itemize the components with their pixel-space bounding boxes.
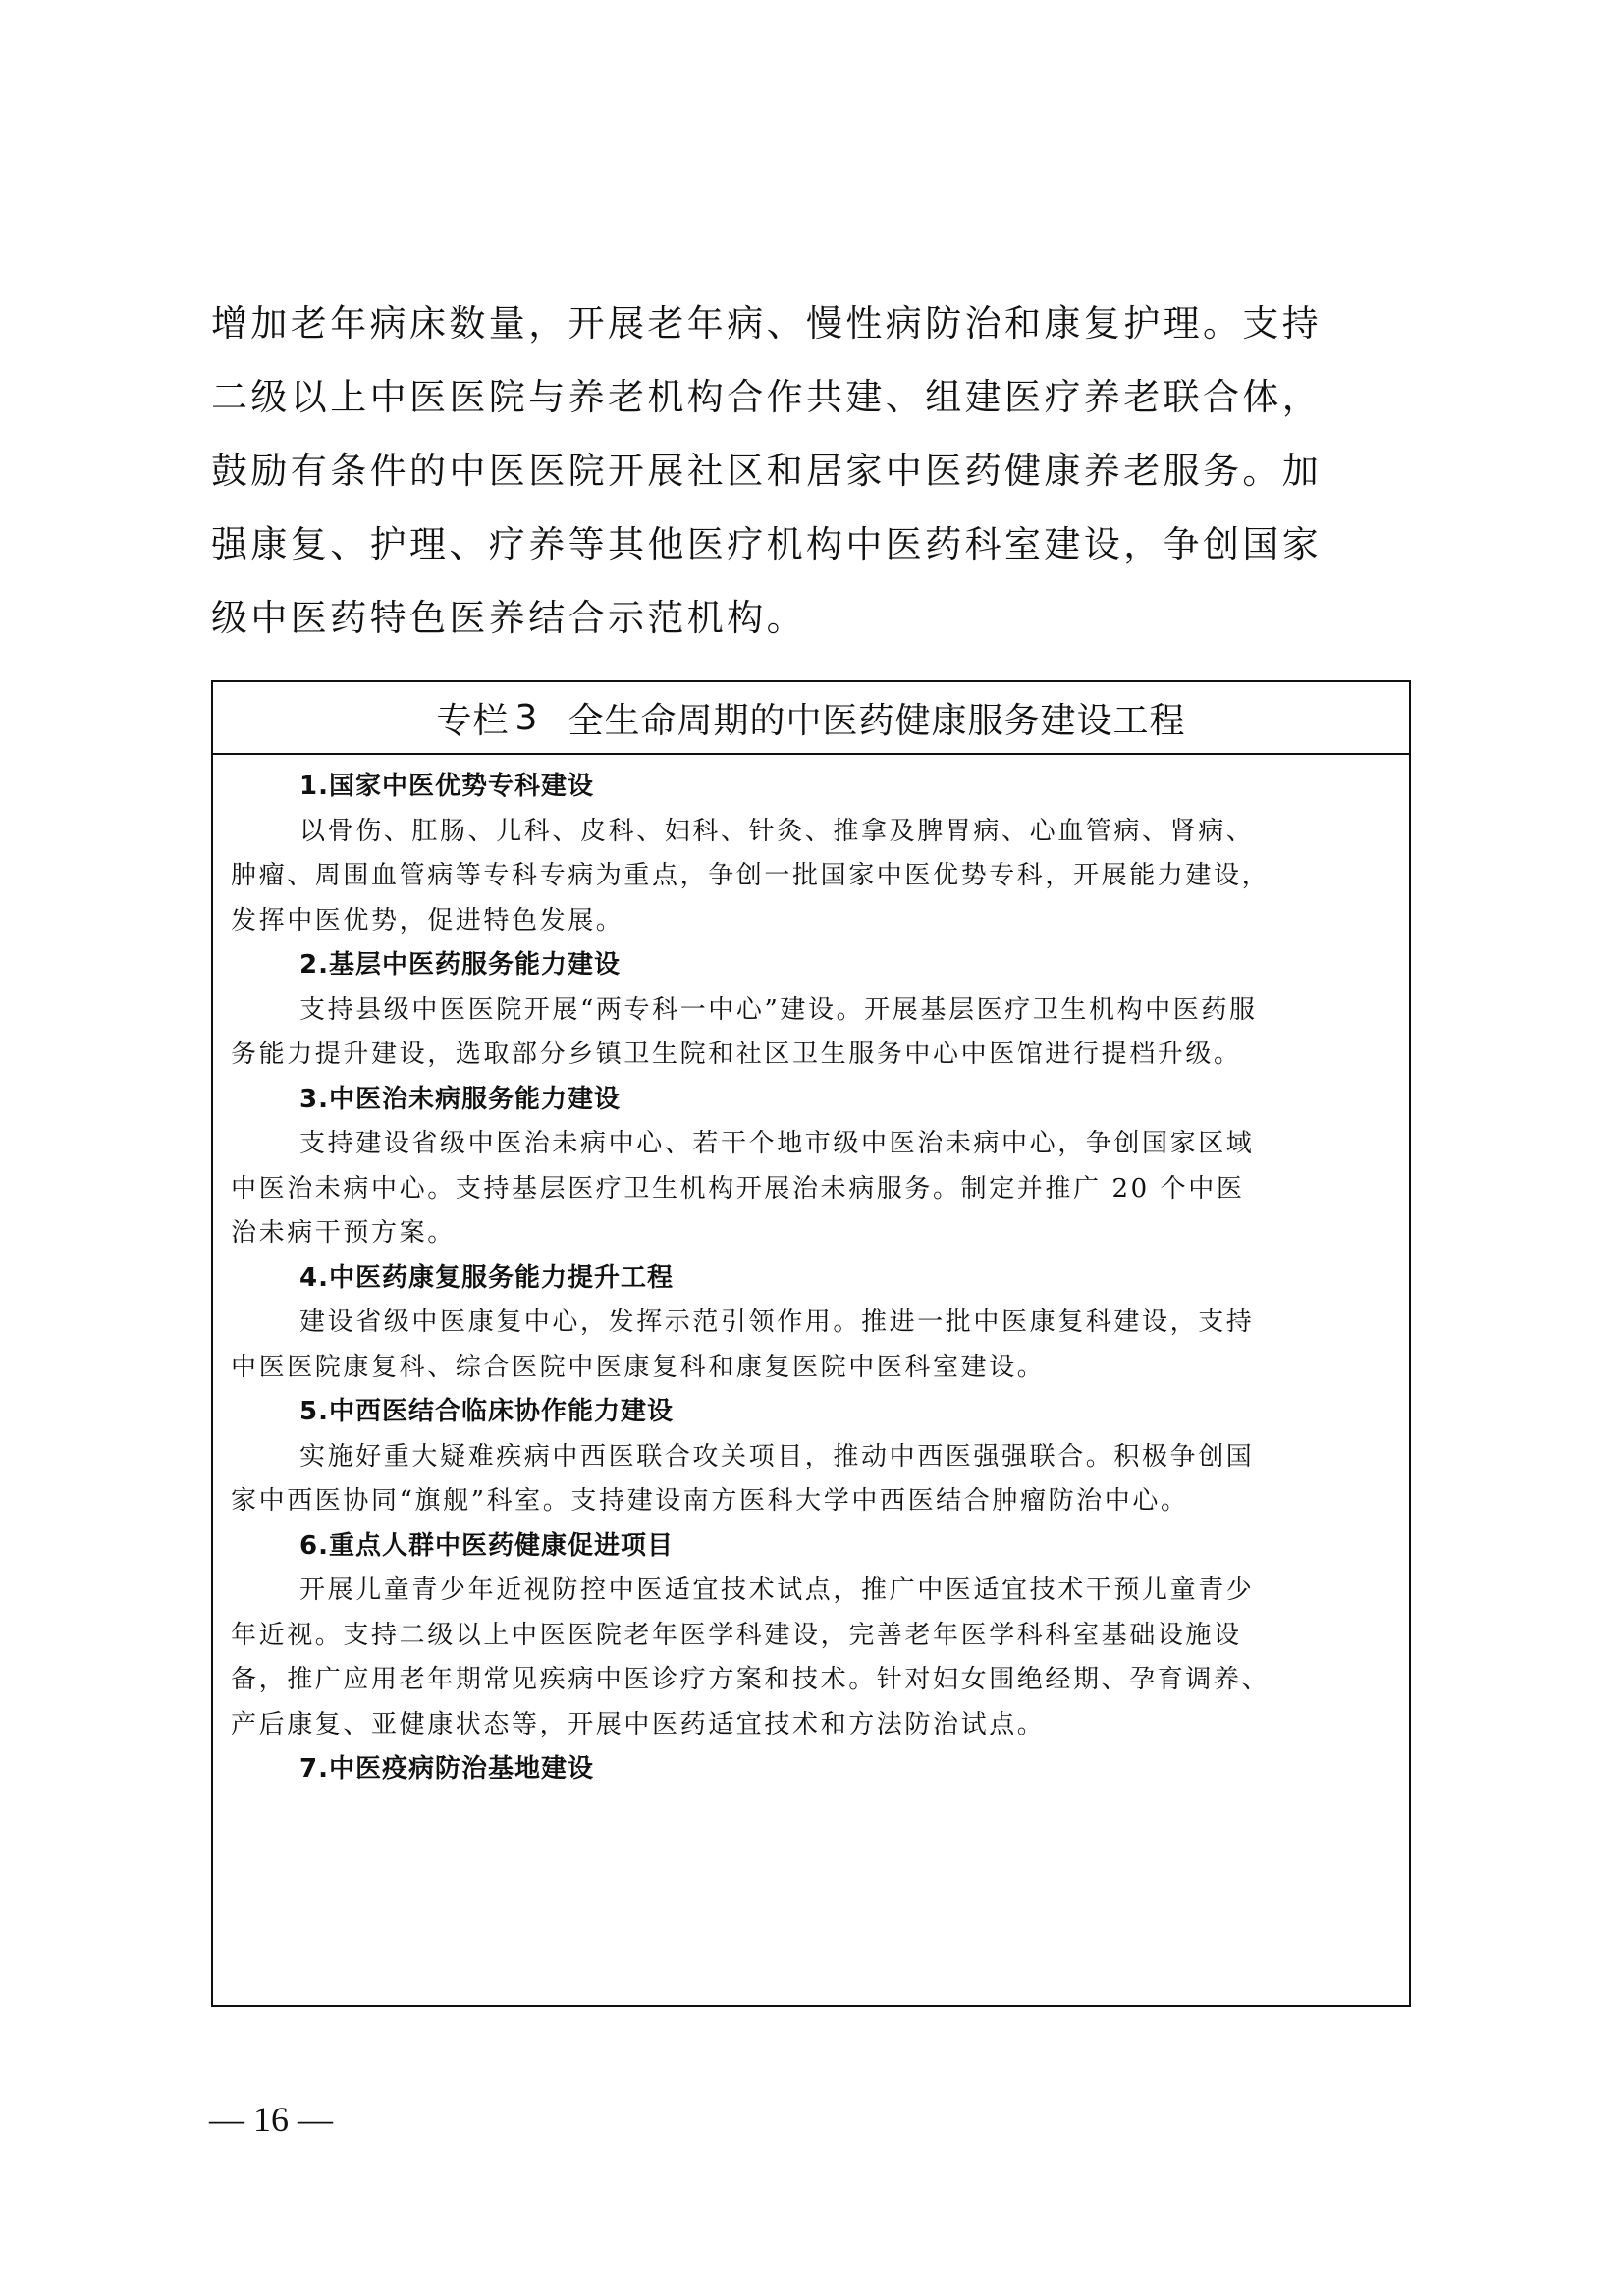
section-text: 家中西医协同“旗舰”科室。支持建设南方医科大学中西医结合肿瘤防治中心。 [231,1479,1393,1524]
section-title: 7.中医疫病防治基地建设 [231,1747,1393,1792]
section-item: 6.重点人群中医药健康促进项目 开展儿童青少年近视防控中医适宜技术试点，推广中医… [231,1524,1393,1748]
column-box: 专栏 3 全生命周期的中医药健康服务建设工程 1.国家中医优势专科建设 以骨伤、… [211,680,1411,2007]
section-text: 实施好重大疑难疾病中西医联合攻关项目，推动中西医强强联合。积极争创国 [231,1435,1393,1480]
section-text: 治未病干预方案。 [231,1211,1393,1256]
column-title: 全生命周期的中医药健康服务建设工程 [568,693,1185,743]
section-title: 3.中医治未病服务能力建设 [231,1078,1393,1123]
section-text: 开展儿童青少年近视防控中医适宜技术试点，推广中医适宜技术干预儿童青少 [231,1569,1393,1614]
section-text: 发挥中医优势，促进特色发展。 [231,899,1393,944]
section-text: 中医治未病中心。支持基层医疗卫生机构开展治未病服务。制定并推广 20 个中医 [231,1167,1393,1212]
section-title: 5.中西医结合临床协作能力建设 [231,1390,1393,1435]
section-text: 务能力提升建设，选取部分乡镇卫生院和社区卫生服务中心中医馆进行提档升级。 [231,1033,1393,1078]
section-title: 4.中医药康复服务能力提升工程 [231,1256,1393,1302]
section-title: 2.基层中医药服务能力建设 [231,943,1393,988]
section-title: 6.重点人群中医药健康促进项目 [231,1524,1393,1570]
column-box-header: 专栏 3 全生命周期的中医药健康服务建设工程 [213,682,1409,755]
section-text: 备，推广应用老年期常见疾病中医诊疗方案和技术。针对妇女围绝经期、孕育调养、 [231,1658,1393,1703]
section-text: 支持县级中医医院开展“两专科一中心”建设。开展基层医疗卫生机构中医药服 [231,988,1393,1034]
column-label: 专栏 [437,693,510,743]
section-text: 建设省级中医康复中心，发挥示范引领作用。推进一批中医康复科建设，支持 [231,1301,1393,1346]
section-item: 2.基层中医药服务能力建设 支持县级中医医院开展“两专科一中心”建设。开展基层医… [231,943,1393,1078]
section-text: 产后康复、亚健康状态等，开展中医药适宜技术和方法防治试点。 [231,1703,1393,1748]
paragraph-line: 二级以上中医医院与养老机构合作共建、组建医疗养老联合体， [211,360,1419,434]
paragraph-line: 级中医药特色医养结合示范机构。 [211,581,1419,655]
section-text: 支持建设省级中医治未病中心、若干个地市级中医治未病中心，争创国家区域 [231,1122,1393,1167]
column-number: 3 [515,698,539,738]
section-item: 5.中西医结合临床协作能力建设 实施好重大疑难疾病中西医联合攻关项目，推动中西医… [231,1390,1393,1524]
paragraph-line: 强康复、护理、疗养等其他医疗机构中医药科室建设，争创国家 [211,507,1419,581]
body-paragraph: 增加老年病床数量，开展老年病、慢性病防治和康复护理。支持 二级以上中医医院与养老… [211,287,1419,655]
section-text: 肿瘤、周围血管病等专科专病为重点，争创一批国家中医优势专科，开展能力建设， [231,854,1393,899]
section-text: 以骨伤、肛肠、儿科、皮科、妇科、针灸、推拿及脾胃病、心血管病、肾病、 [231,810,1393,855]
section-item: 4.中医药康复服务能力提升工程 建设省级中医康复中心，发挥示范引领作用。推进一批… [231,1256,1393,1391]
section-item: 3.中医治未病服务能力建设 支持建设省级中医治未病中心、若干个地市级中医治未病中… [231,1078,1393,1256]
section-item: 7.中医疫病防治基地建设 [231,1747,1393,1792]
section-title: 1.国家中医优势专科建设 [231,765,1393,810]
page-number: — 16 — [209,2099,333,2140]
paragraph-line: 增加老年病床数量，开展老年病、慢性病防治和康复护理。支持 [211,287,1419,360]
section-item: 1.国家中医优势专科建设 以骨伤、肛肠、儿科、皮科、妇科、针灸、推拿及脾胃病、心… [231,765,1393,943]
paragraph-line: 鼓励有条件的中医医院开展社区和居家中医药健康养老服务。加 [211,434,1419,507]
section-text: 中医医院康复科、综合医院中医康复科和康复医院中医科室建设。 [231,1346,1393,1391]
section-text: 年近视。支持二级以上中医医院老年医学科建设，完善老年医学科科室基础设施设 [231,1614,1393,1659]
column-box-body: 1.国家中医优势专科建设 以骨伤、肛肠、儿科、皮科、妇科、针灸、推拿及脾胃病、心… [213,755,1409,1792]
